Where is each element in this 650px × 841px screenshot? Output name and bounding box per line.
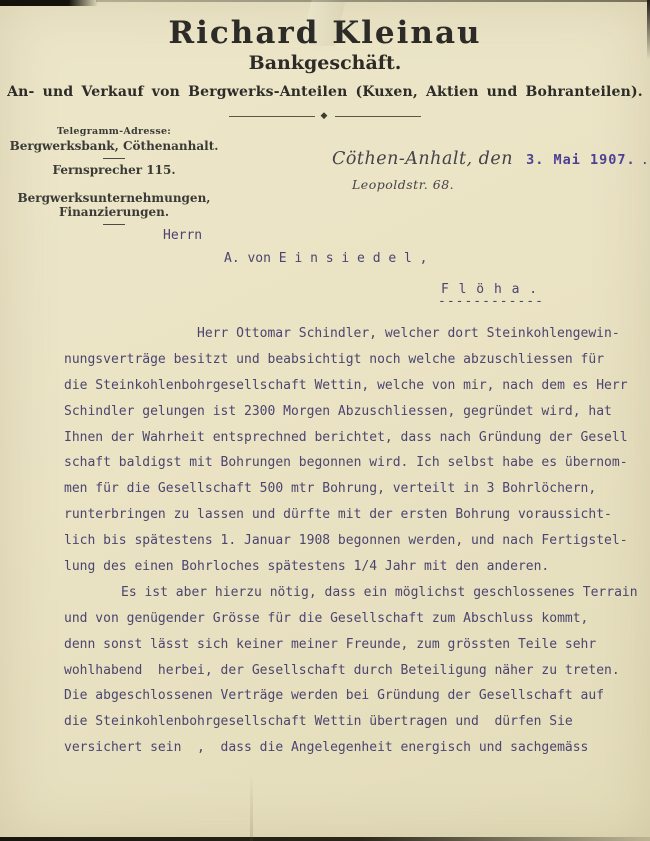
- phone-line: Fernsprecher 115.: [8, 163, 220, 177]
- divider-line-right: [335, 116, 421, 117]
- divider-ornament: ◆: [0, 111, 650, 121]
- divider-line-left: [229, 116, 315, 117]
- company-name: Richard Kleinau: [0, 0, 650, 51]
- telegram-address-label: Telegramm-Adresse:: [8, 126, 220, 137]
- dateline: Cöthen-Anhalt, den 3. Mai 1907. ........…: [332, 149, 650, 169]
- diamond-ornament-icon: ◆: [315, 111, 336, 121]
- body-line: und von genügender Grösse für die Gesell…: [64, 606, 630, 632]
- recipient-name: A. von E i n s i e d e l ,: [224, 251, 428, 266]
- contact-block: Telegramm-Adresse: Bergwerksbank, Cöthen…: [8, 126, 220, 229]
- body-line: lich bis spätestens 1. Januar 1908 begon…: [64, 528, 630, 554]
- body-line: wohlhabend herbei, der Gesellschaft durc…: [64, 658, 630, 684]
- dateline-leader-dots: ..............: [641, 152, 650, 168]
- body-line: lung des einen Bohrloches spätestens 1/4…: [64, 554, 630, 580]
- letter-page: Richard Kleinau Bankgeschäft. An- und Ve…: [0, 0, 650, 841]
- body-line: Die abgeschlossenen Verträge werden bei …: [64, 683, 630, 709]
- body-line: men für die Gesellschaft 500 mtr Bohrung…: [64, 476, 630, 502]
- body-line: schaft baldigst mit Bohrungen begonnen w…: [64, 450, 630, 476]
- body-line: nungsverträge besitzt und beabsichtigt n…: [64, 347, 630, 373]
- telegram-address-value: Bergwerksbank, Cöthenanhalt.: [8, 139, 220, 153]
- recipient-salutation: Herrn: [163, 228, 202, 243]
- company-tagline: An- und Verkauf von Bergwerks-Anteilen (…: [0, 84, 650, 100]
- letter-body: Herr Ottomar Schindler, welcher dort Ste…: [64, 321, 630, 761]
- body-line: runterbringen zu lassen und dürfte mit d…: [64, 502, 630, 528]
- services-line-1: Bergwerksunternehmungen,: [8, 191, 220, 205]
- dateline-place: Cöthen-Anhalt, den: [332, 149, 513, 169]
- contact-divider-1: [103, 158, 125, 159]
- body-line: Ihnen der Wahrheit entsprechned berichte…: [64, 425, 630, 451]
- contact-divider-2: [103, 224, 125, 225]
- body-line: die Steinkohlenbohrgesellschaft Wettin, …: [64, 373, 630, 399]
- body-line: Es ist aber hierzu nötig, dass ein mögli…: [64, 580, 630, 606]
- recipient-city-underline: ------------: [438, 294, 544, 309]
- scan-edge-bottom: [0, 837, 650, 841]
- body-line: Schindler gelungen ist 2300 Morgen Abzus…: [64, 399, 630, 425]
- services-line-2: Finanzierungen.: [8, 205, 220, 219]
- body-line: die Steinkohlenbohrgesellschaft Wettin ü…: [64, 709, 630, 735]
- paper-crease-bottom: [250, 771, 253, 841]
- body-line: denn sonst lässt sich keiner meiner Freu…: [64, 632, 630, 658]
- company-subtitle: Bankgeschäft.: [0, 52, 650, 74]
- dateline-typed-date: 3. Mai 1907.: [526, 152, 636, 168]
- body-line: Herr Ottomar Schindler, welcher dort Ste…: [64, 321, 630, 347]
- body-line: versichert sein , dass die Angelegenheit…: [64, 735, 630, 761]
- letterhead: Richard Kleinau Bankgeschäft. An- und Ve…: [0, 0, 650, 121]
- dateline-street: Leopoldstr. 68.: [352, 177, 454, 192]
